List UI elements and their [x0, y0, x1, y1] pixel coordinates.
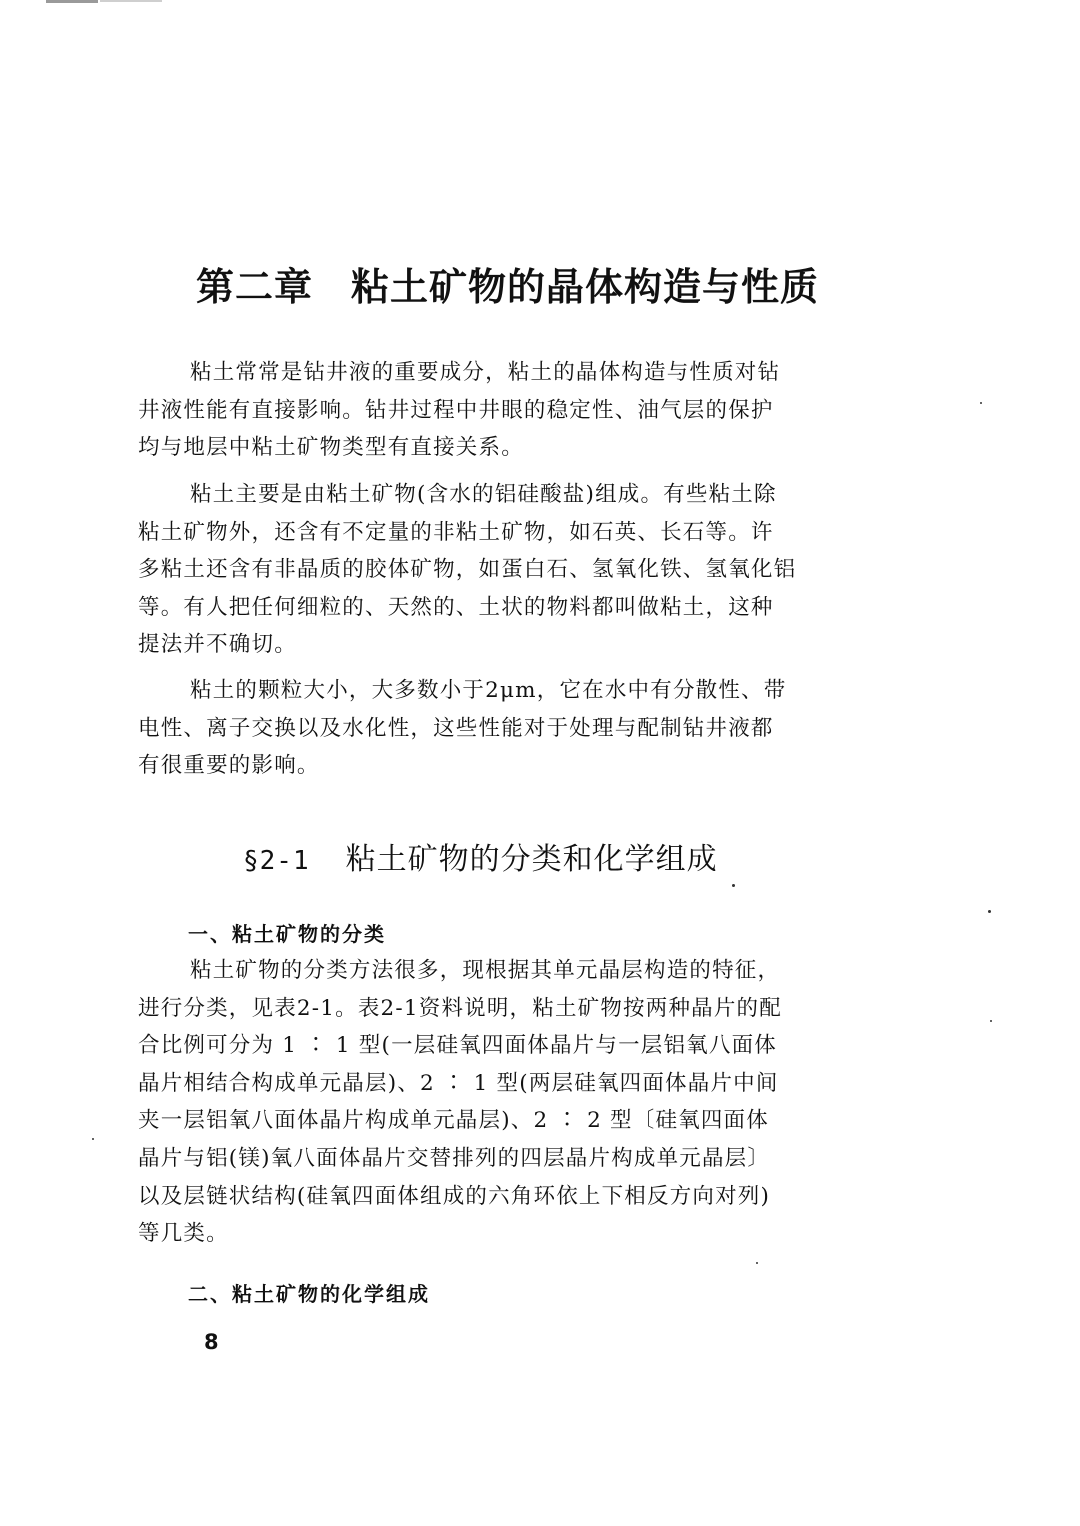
scan-artifact [46, 0, 98, 3]
text-line: 夹一层铝氧八面体晶片构成单元晶层)、2 ∶ 2 型〔硅氧四面体 [138, 1102, 878, 1140]
subsection-paragraph-1: 粘土矿物的分类方法很多，现根据其单元晶层构造的特征， 进行分类，见表2-1。表2… [138, 952, 878, 1253]
scan-speck [990, 1020, 992, 1022]
subsection-heading-2: 二、粘土矿物的化学组成 [188, 1278, 430, 1307]
text-line: 粘土矿物的分类方法很多，现根据其单元晶层构造的特征， [138, 952, 878, 990]
text-line: 粘土的颗粒大小，大多数小于2μm，它在水中有分散性、带 [138, 672, 878, 710]
scan-speck [732, 884, 735, 887]
chapter-number: 第二章 [196, 265, 313, 309]
chapter-title: 第二章粘土矿物的晶体构造与性质 [196, 256, 836, 311]
text-line: 粘土矿物外，还含有不定量的非粘土矿物，如石英、长石等。许 [138, 514, 878, 552]
text-line: 等。有人把任何细粒的、天然的、土状的物料都叫做粘土，这种 [138, 589, 878, 627]
subsection-heading-1: 一、粘土矿物的分类 [188, 918, 386, 947]
section-title: §2-1粘土矿物的分类和化学组成 [243, 834, 718, 878]
chapter-title-text: 粘土矿物的晶体构造与性质 [351, 265, 819, 309]
text-line: 合比例可分为 1 ∶ 1 型(一层硅氧四面体晶片与一层铝氧八面体 [138, 1027, 878, 1065]
text-line: 多粘土还含有非晶质的胶体矿物，如蛋白石、氢氧化铁、氢氧化铝 [138, 551, 878, 589]
intro-paragraph-1: 粘土常常是钻井液的重要成分，粘土的晶体构造与性质对钻 井液性能有直接影响。钻井过… [138, 354, 878, 467]
intro-paragraph-3: 粘土的颗粒大小，大多数小于2μm，它在水中有分散性、带 电性、离子交换以及水化性… [138, 672, 878, 785]
text-line: 等几类。 [138, 1215, 878, 1253]
scan-speck [92, 1138, 94, 1140]
scan-speck [980, 402, 982, 404]
text-line: 井液性能有直接影响。钻井过程中井眼的稳定性、油气层的保护 [138, 392, 878, 430]
intro-paragraph-2: 粘土主要是由粘土矿物(含水的铝硅酸盐)组成。有些粘土除 粘土矿物外，还含有不定量… [138, 476, 878, 664]
text-line: 粘土主要是由粘土矿物(含水的铝硅酸盐)组成。有些粘土除 [138, 476, 878, 514]
text-line: 有很重要的影响。 [138, 747, 878, 785]
text-line: 晶片相结合构成单元晶层)、2 ∶ 1 型(两层硅氧四面体晶片中间 [138, 1065, 878, 1103]
scan-artifact [100, 0, 162, 2]
text-line: 电性、离子交换以及水化性，这些性能对于处理与配制钻井液都 [138, 710, 878, 748]
scan-speck [756, 1262, 758, 1264]
text-line: 晶片与铝(镁)氧八面体晶片交替排列的四层晶片构成单元晶层〕 [138, 1140, 878, 1178]
page-number: 8 [204, 1330, 219, 1354]
text-line: 提法并不确切。 [138, 626, 878, 664]
text-line: 以及层链状结构(硅氧四面体组成的六角环依上下相反方向对列) [138, 1178, 878, 1216]
section-number: §2-1 [243, 846, 310, 876]
text-line: 均与地层中粘土矿物类型有直接关系。 [138, 429, 878, 467]
text-line: 粘土常常是钻井液的重要成分，粘土的晶体构造与性质对钻 [138, 354, 878, 392]
text-line: 进行分类，见表2-1。表2-1资料说明，粘土矿物按两种晶片的配 [138, 990, 878, 1028]
scan-speck [988, 910, 991, 913]
section-title-text: 粘土矿物的分类和化学组成 [346, 842, 718, 877]
